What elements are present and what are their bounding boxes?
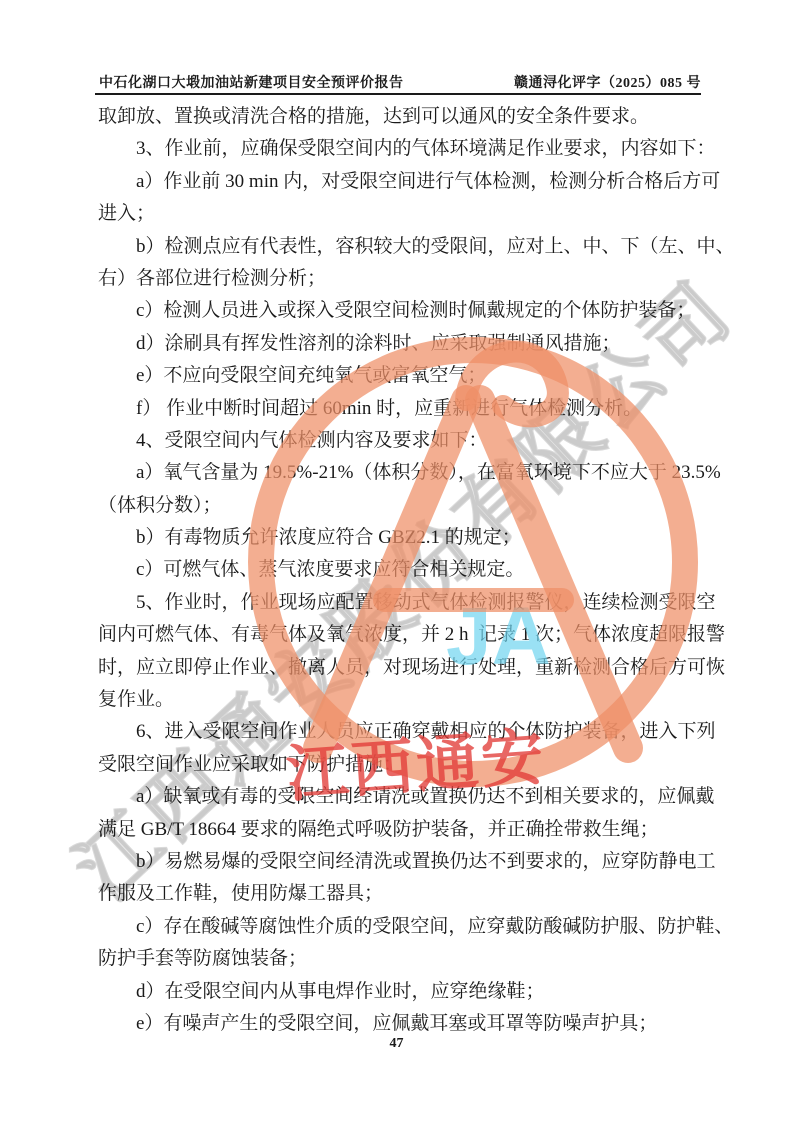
- body-line: f） 作业中断时间超过 60min 时，应重新进行气体检测分析。: [98, 393, 704, 425]
- body-line: c）可燃气体、蒸气浓度要求应符合相关规定。: [98, 554, 704, 586]
- body-line: 满足 GB/T 18664 要求的隔绝式呼吸防护装备，并正确拴带救生绳；: [98, 814, 704, 846]
- body-line: a）缺氧或有毒的受限空间经请洗或置换仍达不到相关要求的，应佩戴: [98, 781, 704, 813]
- body-line: 受限空间作业应采取如下防护措施：: [98, 749, 704, 781]
- body-line: a）氧气含量为 19.5%-21%（体积分数），在富氧环境下不应大于 23.5%: [98, 457, 704, 489]
- body-line: 复作业。: [98, 684, 704, 716]
- body-line: 时，应立即停止作业、撤离人员，对现场进行处理，重新检测合格后方可恢: [98, 652, 704, 684]
- body-line: b）有毒物质允许浓度应符合 GBZ2.1 的规定；: [98, 522, 704, 554]
- body-line: 右）各部位进行检测分析；: [98, 263, 704, 295]
- body-line: e）有噪声产生的受限空间，应佩戴耳塞或耳罩等防噪声护具；: [98, 1008, 704, 1040]
- body-line: 作服及工作鞋，使用防爆工器具；: [98, 878, 704, 910]
- body-line: d）涂刷具有挥发性溶剂的涂料时、应采取强制通风措施；: [98, 328, 704, 360]
- header-document-number: 赣通浔化评字（2025）085 号: [514, 72, 701, 92]
- body-line: e）不应向受限空间充纯氧气或富氧空气；: [98, 360, 704, 392]
- body-line: a）作业前 30 min 内，对受限空间进行气体检测，检测分析合格后方可: [98, 166, 704, 198]
- body-line: 间内可燃气体、有毒气体及氧气浓度，并 2 h 记录 1 次；气体浓度超限报警: [98, 619, 704, 651]
- body-line: 5、作业时，作业现场应配置移动式气体检测报警仪，连续检测受限空: [98, 587, 704, 619]
- header-rule: [95, 93, 701, 95]
- body-line: 防护手套等防腐蚀装备；: [98, 943, 704, 975]
- body-line: d）在受限空间内从事电焊作业时，应穿绝缘鞋；: [98, 976, 704, 1008]
- body-line: c）存在酸碱等腐蚀性介质的受限空间，应穿戴防酸碱防护服、防护鞋、: [98, 911, 704, 943]
- body-line: 3、作业前，应确保受限空间内的气体环境满足作业要求，内容如下：: [98, 133, 704, 165]
- body-line: 6、进入受限空间作业人员应正确穿戴相应的个体防护装备，进入下列: [98, 716, 704, 748]
- body-line: 取卸放、置换或清洗合格的措施，达到可以通风的安全条件要求。: [98, 101, 704, 133]
- body-line: c）检测人员进入或探入受限空间检测时佩戴规定的个体防护装备；: [98, 295, 704, 327]
- document-page: 江西通安股份有限公司 中石化湖口大塅加油站新建项目安全预评价报告 赣通浔化评字（…: [0, 0, 793, 1122]
- header-report-title: 中石化湖口大塅加油站新建项目安全预评价报告: [99, 72, 404, 92]
- body-lines: 取卸放、置换或清洗合格的措施，达到可以通风的安全条件要求。 3、作业前，应确保受…: [98, 101, 704, 1040]
- body-line: （体积分数）；: [98, 490, 704, 522]
- body-line: 进入；: [98, 198, 704, 230]
- body-line: b）易燃易爆的受限空间经清洗或置换仍达不到要求的，应穿防静电工: [98, 846, 704, 878]
- body-line: b）检测点应有代表性，容积较大的受限间，应对上、中、下（左、中、: [98, 231, 704, 263]
- body-line: 4、受限空间内气体检测内容及要求如下：: [98, 425, 704, 457]
